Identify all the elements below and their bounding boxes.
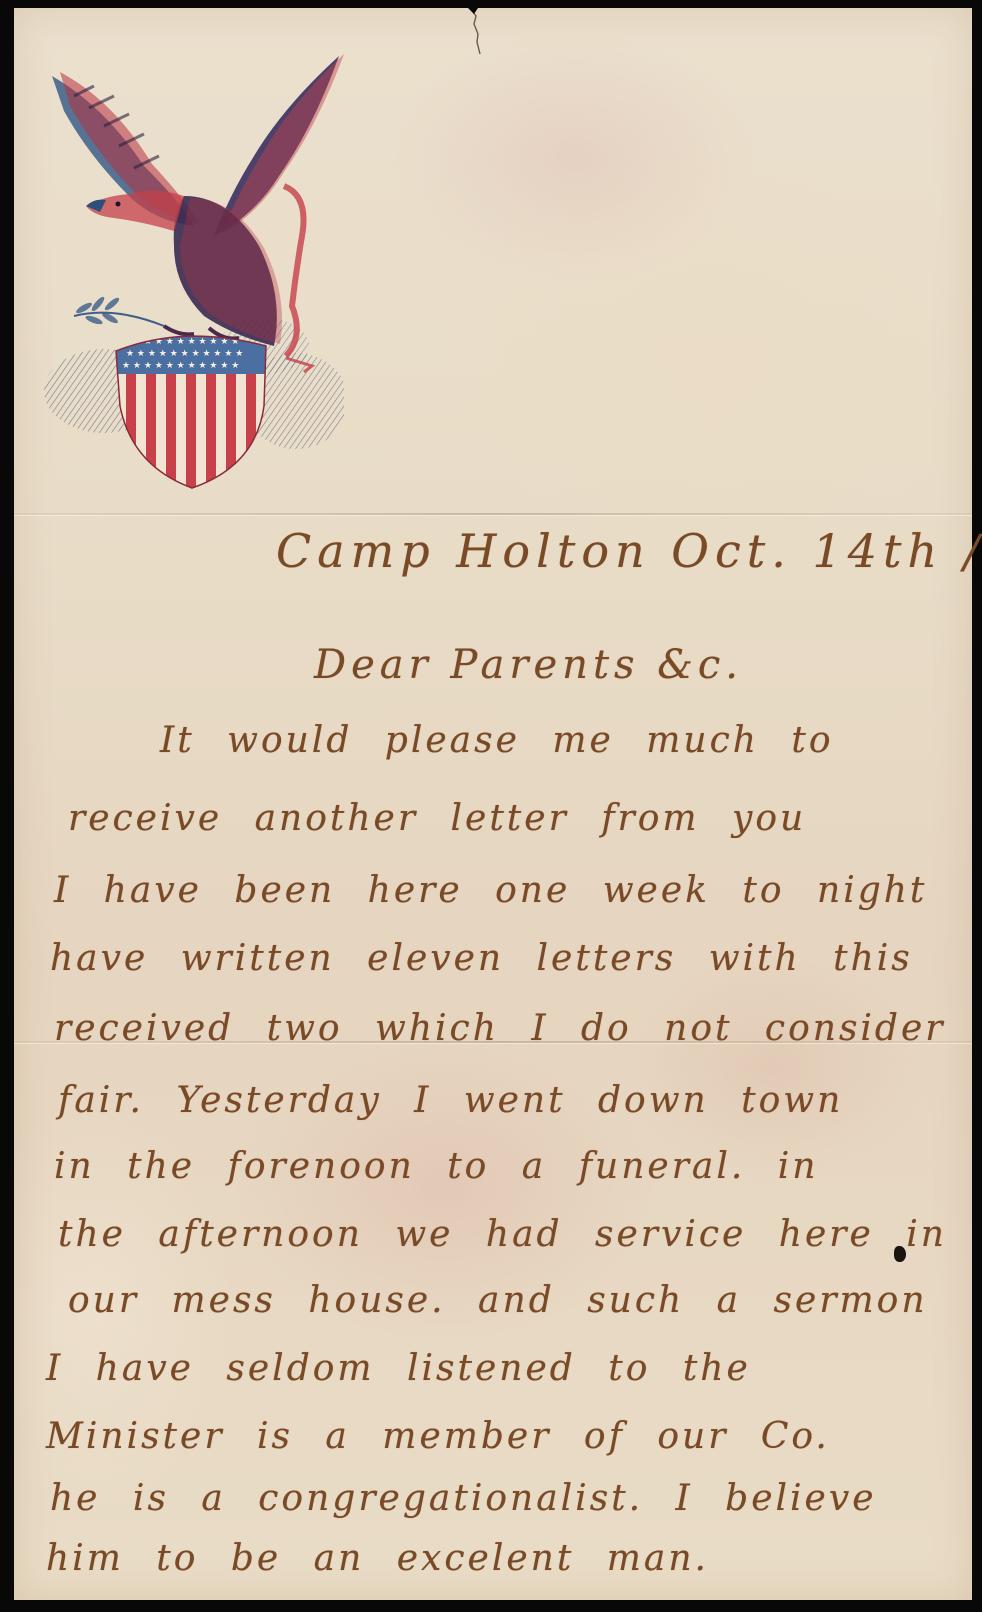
fold-crease xyxy=(14,513,972,515)
letter-body-line: receive another letter from you xyxy=(68,798,806,839)
letter-body-line: I have seldom listened to the xyxy=(46,1348,751,1389)
letter-sheet: ★ ★ ★ ★ ★ ★ ★ ★ ★ ★ ★ ★ ★ ★ ★ ★ ★ ★ ★ ★ … xyxy=(14,8,972,1600)
letter-body-line: him to be an excelent man. xyxy=(46,1538,709,1579)
letter-body-line: Minister is a member of our Co. xyxy=(46,1416,830,1457)
paper-tear-icon xyxy=(468,8,482,58)
letter-body-line: fair. Yesterday I went down town xyxy=(58,1080,843,1121)
letter-body-line: I have been here one week to night xyxy=(54,870,927,911)
letter-body-line: It would please me much to xyxy=(160,720,834,761)
letter-salutation: Dear Parents &c. xyxy=(314,642,743,688)
eagle-with-shield-icon: ★ ★ ★ ★ ★ ★ ★ ★ ★ ★ ★ ★ ★ ★ ★ ★ ★ ★ ★ ★ … xyxy=(34,46,344,496)
letter-body-line: our mess house. and such a sermon xyxy=(68,1280,928,1321)
svg-text:★ ★ ★ ★ ★ ★ ★ ★ ★ ★ ★: ★ ★ ★ ★ ★ ★ ★ ★ ★ ★ ★ xyxy=(122,361,239,371)
svg-text:★ ★ ★ ★ ★ ★ ★ ★ ★ ★ ★: ★ ★ ★ ★ ★ ★ ★ ★ ★ ★ ★ xyxy=(122,337,239,347)
letter-body-line: the afternoon we had service here in xyxy=(58,1214,947,1255)
letter-body-line: he is a congregationalist. I believe xyxy=(50,1478,877,1519)
letter-dateline: Camp Holton Oct. 14th /61 xyxy=(276,524,982,578)
letter-body-line: in the forenoon to a funeral. in xyxy=(54,1146,818,1187)
letter-body-line: received two which I do not consider xyxy=(54,1008,946,1049)
ink-blot xyxy=(894,1246,906,1262)
svg-text:★ ★ ★ ★ ★ ★ ★ ★ ★ ★ ★: ★ ★ ★ ★ ★ ★ ★ ★ ★ ★ ★ xyxy=(126,349,243,359)
letter-body-line: have written eleven letters with this xyxy=(50,938,913,979)
